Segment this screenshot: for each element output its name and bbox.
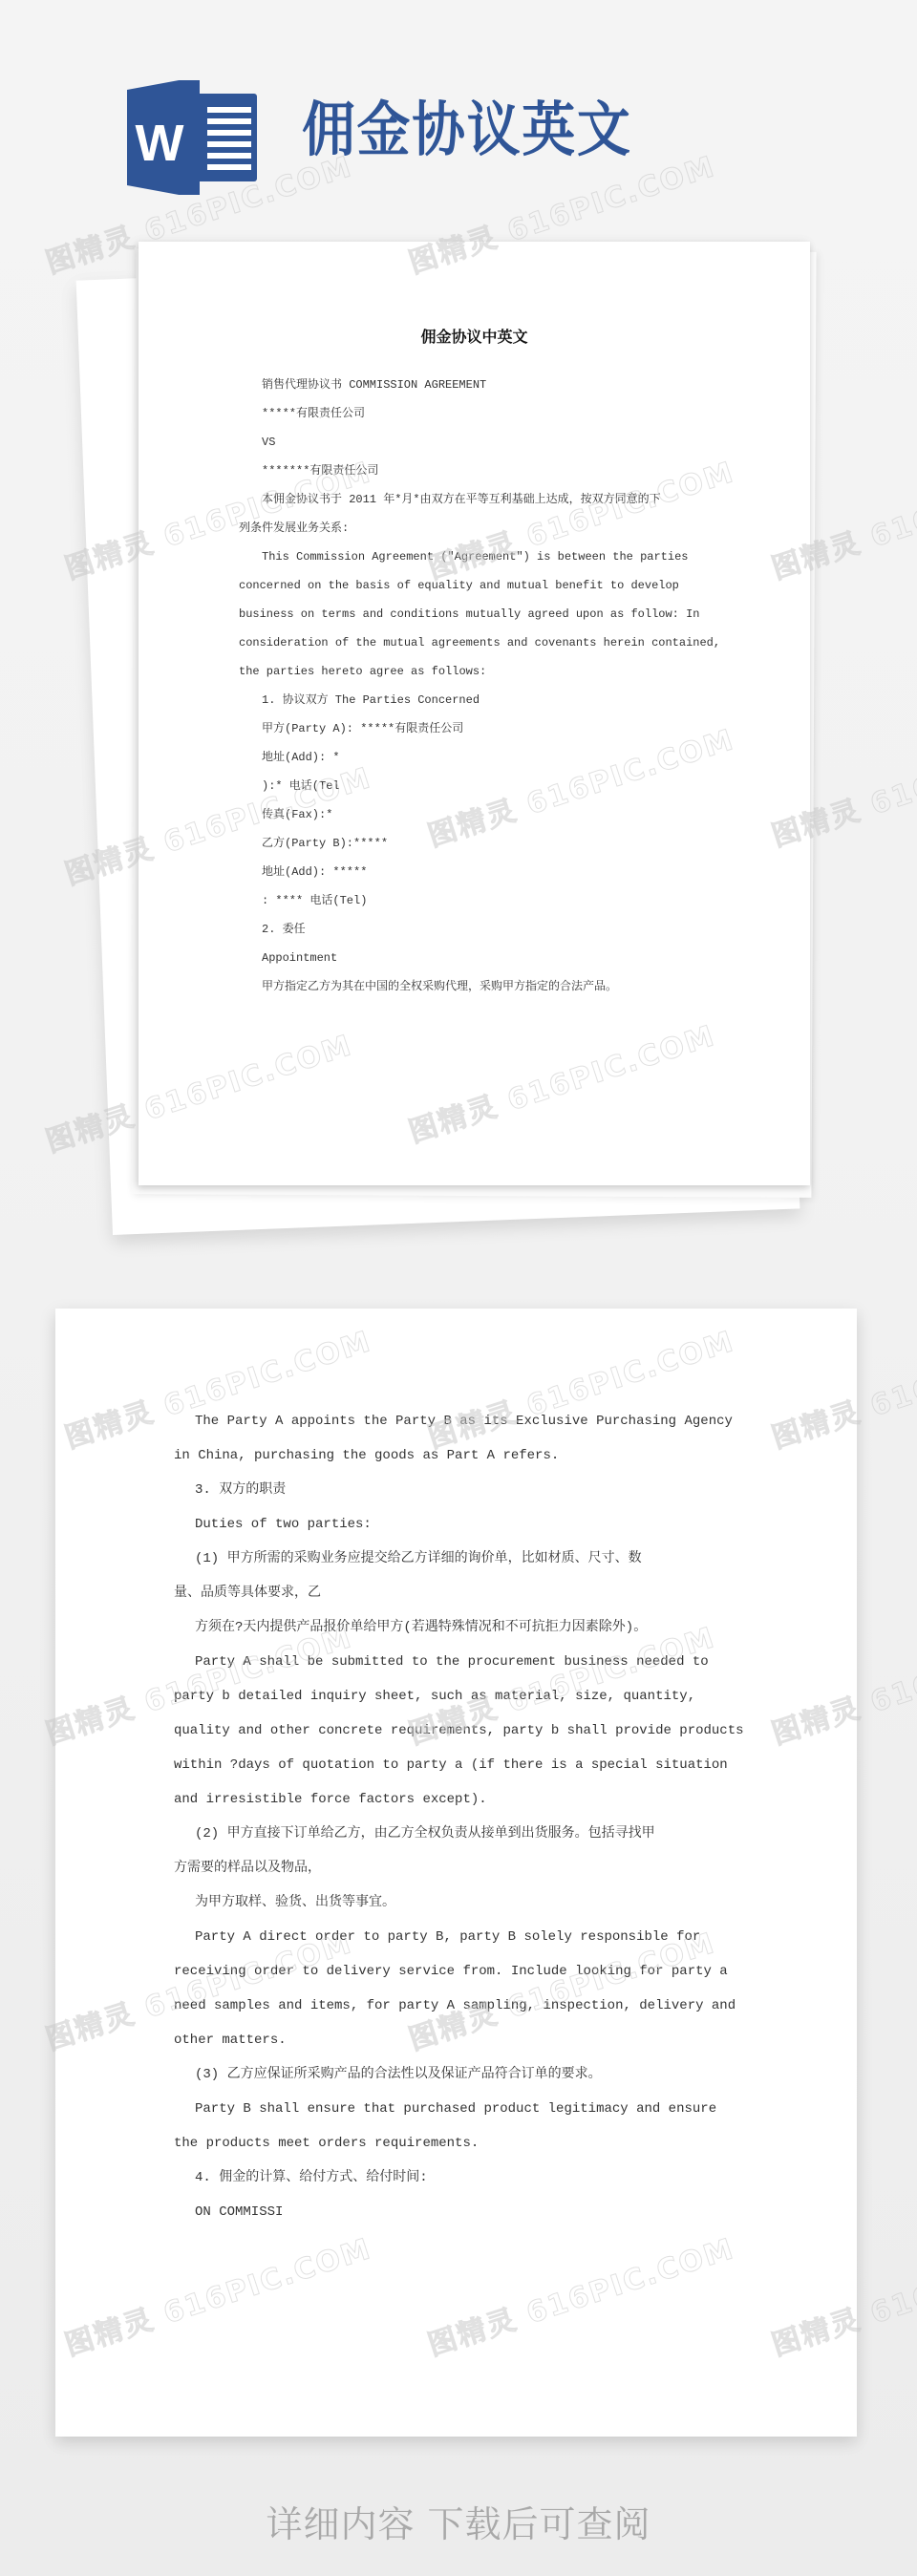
text-line: (1) 甲方所需的采购业务应提交给乙方详细的询价单，比如材质、尺寸、数: [174, 1542, 739, 1576]
text-line: quality and other concrete requirements,…: [174, 1714, 739, 1748]
text-line: 列条件发展业务关系:: [239, 514, 716, 543]
page-title: 佣金协议英文: [302, 92, 632, 168]
text-line: *******有限责任公司: [239, 457, 716, 485]
text-line: : **** 电话(Tel): [239, 886, 716, 915]
section-heading: 1. 协议双方 The Parties Concerned: [239, 686, 716, 714]
text-line: 甲方(Party A): *****有限责任公司: [239, 714, 716, 743]
text-line: Party A direct order to party B, party B…: [174, 1920, 739, 1954]
text-line: business on terms and conditions mutuall…: [239, 600, 716, 628]
page-2-body: The Party A appoints the Party B as its …: [174, 1404, 739, 2229]
text-line: concerned on the basis of equality and m…: [239, 571, 716, 600]
text-line: 方须在?天内提供产品报价单给甲方(若遇特殊情况和不可抗拒力因素除外)。: [174, 1610, 739, 1645]
header: W 佣金协议英文: [0, 0, 917, 220]
text-line: 传真(Fax):*: [239, 800, 716, 829]
document-title: 佣金协议中英文: [139, 325, 810, 347]
text-line: 销售代理协议书 COMMISSION AGREEMENT: [239, 371, 716, 399]
text-line: party b detailed inquiry sheet, such as …: [174, 1679, 739, 1714]
text-line: within ?days of quotation to party a (if…: [174, 1748, 739, 1782]
section-heading: 2. 委任: [239, 915, 716, 944]
text-line: 甲方指定乙方为其在中国的全权采购代理，采购甲方指定的合法产品。: [239, 972, 716, 1001]
text-line: 方需要的样品以及物品，: [174, 1851, 739, 1885]
text-line: the parties hereto agree as follows:: [239, 657, 716, 686]
word-document-icon: W: [127, 80, 261, 195]
text-line: 为甲方取样、验货、出货等事宜。: [174, 1885, 739, 1920]
text-line: 乙方(Party B):*****: [239, 829, 716, 858]
text-line: in China, purchasing the goods as Part A…: [174, 1438, 739, 1473]
text-line: Appointment: [239, 944, 716, 972]
text-line: and irresistible force factors except).: [174, 1782, 739, 1817]
text-line: the products meet orders requirements.: [174, 2126, 739, 2161]
section-heading: 4. 佣金的计算、给付方式、给付时间:: [174, 2161, 739, 2195]
document-page-2: The Party A appoints the Party B as its …: [55, 1309, 857, 2437]
text-line: other matters.: [174, 2023, 739, 2057]
text-line: The Party A appoints the Party B as its …: [174, 1404, 739, 1438]
text-line: ON COMMISSI: [174, 2195, 739, 2229]
text-line: This Commission Agreement ("Agreement") …: [239, 543, 716, 571]
text-line: 地址(Add): *: [239, 743, 716, 772]
text-line: receiving order to delivery service from…: [174, 1954, 739, 1989]
text-line: *****有限责任公司: [239, 399, 716, 428]
download-hint-text: 详细内容 下载后可查阅: [0, 2495, 917, 2547]
text-line: VS: [239, 428, 716, 457]
text-line: (2) 甲方直接下订单给乙方，由乙方全权负责从接单到出货服务。包括寻找甲: [174, 1817, 739, 1851]
text-line: 本佣金协议书于 2011 年*月*由双方在平等互利基础上达成，按双方同意的下: [239, 485, 716, 514]
text-line: Party B shall ensure that purchased prod…: [174, 2092, 739, 2126]
text-line: ):* 电话(Tel: [239, 772, 716, 800]
text-line: Duties of two parties:: [174, 1507, 739, 1542]
svg-text:W: W: [136, 115, 184, 172]
text-line: (3) 乙方应保证所采购产品的合法性以及保证产品符合订单的要求。: [174, 2057, 739, 2092]
text-line: 量、品质等具体要求，乙: [174, 1576, 739, 1610]
document-page-1: 佣金协议中英文 销售代理协议书 COMMISSION AGREEMENT ***…: [139, 242, 810, 1185]
section-heading: 3. 双方的职责: [174, 1473, 739, 1507]
page-1-body: 销售代理协议书 COMMISSION AGREEMENT *****有限责任公司…: [239, 371, 716, 1001]
text-line: Party A shall be submitted to the procur…: [174, 1645, 739, 1679]
text-line: 地址(Add): *****: [239, 858, 716, 886]
text-line: consideration of the mutual agreements a…: [239, 628, 716, 657]
text-line: need samples and items, for party A samp…: [174, 1989, 739, 2023]
